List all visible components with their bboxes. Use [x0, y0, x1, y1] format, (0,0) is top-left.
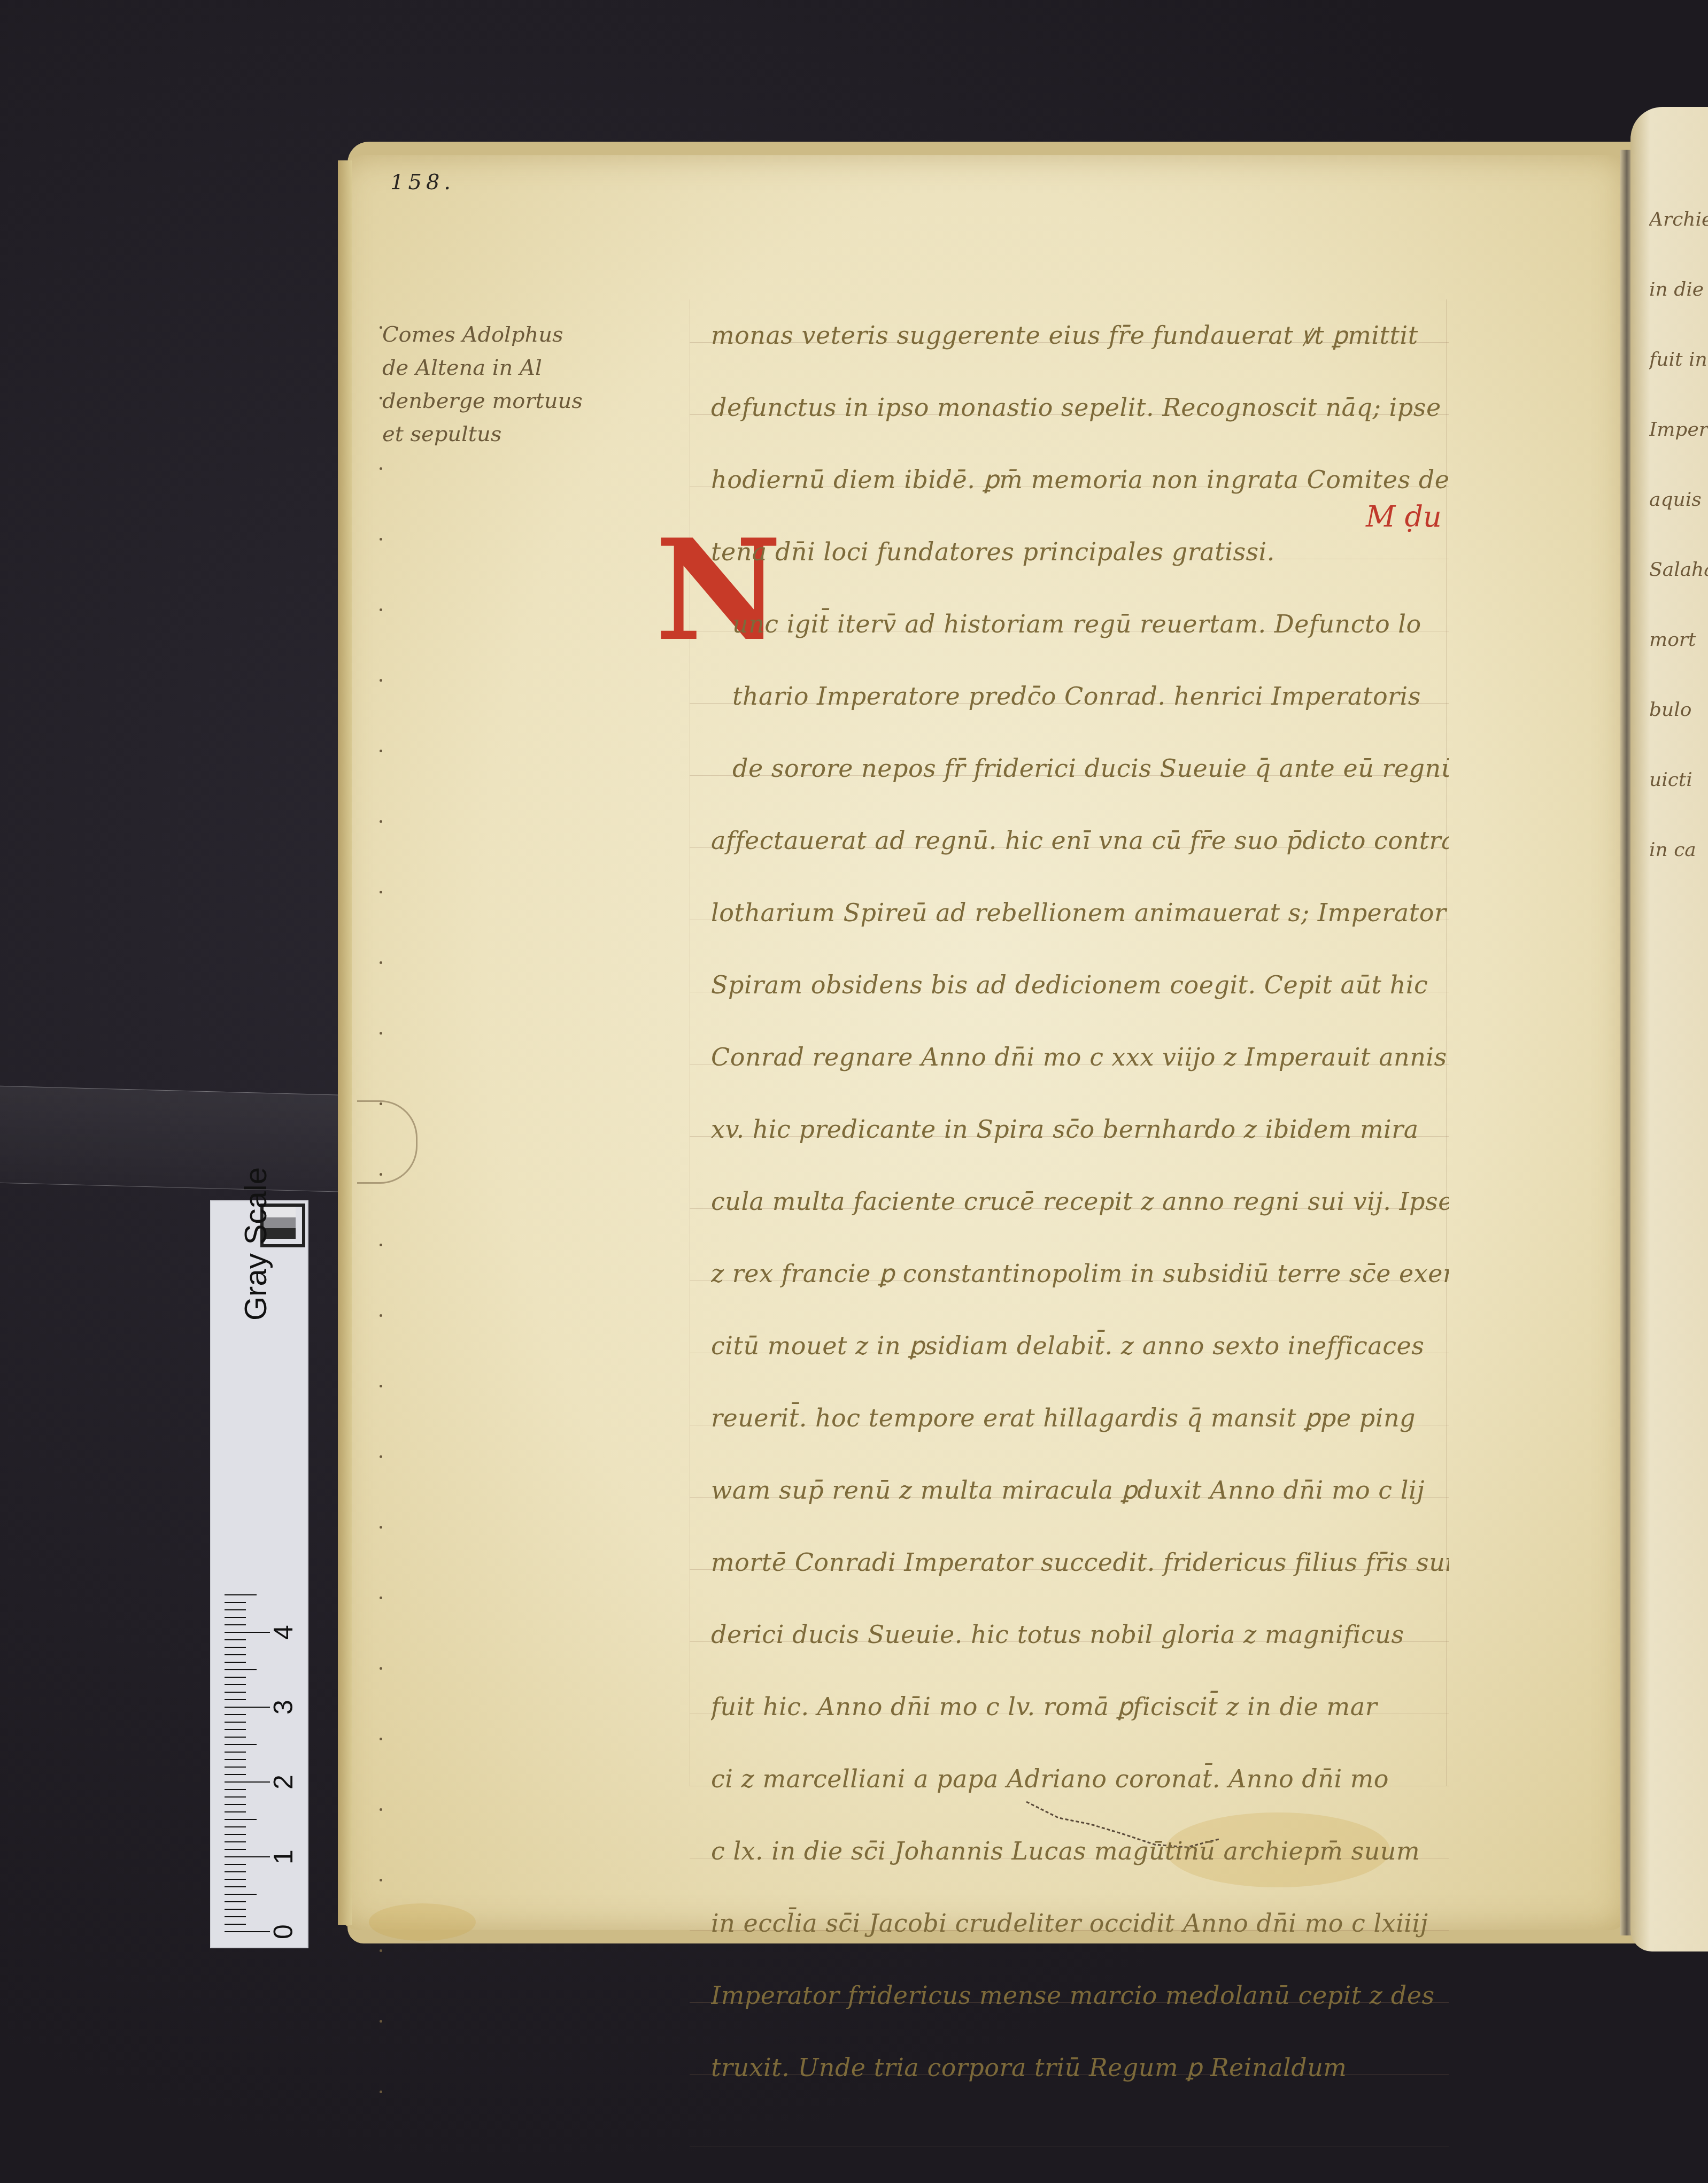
ruler-tick	[225, 1871, 246, 1872]
pricking-hole	[380, 1949, 382, 1952]
ruler-tick	[225, 1931, 270, 1932]
text-line: tena dn̄i loci fundatores principales gr…	[711, 516, 1449, 588]
pricking-hole	[380, 750, 382, 752]
ruler-tick	[225, 1714, 246, 1715]
gray-scale-title: Gray Scale	[238, 1167, 274, 1321]
ruler-tick	[225, 1602, 246, 1603]
facing-text-line: Salahad	[1649, 535, 1708, 605]
main-text-block: monas veteris suggerente eius fr̄e funda…	[711, 299, 1449, 2104]
text-line: in eccl̄ia sc̄i Jacobi crudeliter occidi…	[711, 1887, 1449, 1960]
pricking-hole	[380, 1455, 382, 1458]
ruler-tick	[225, 1796, 246, 1798]
facing-text-line: in ca	[1649, 815, 1708, 885]
text-line: Conrad regnare Anno dn̄i mo c xxx viijo …	[711, 1021, 1449, 1093]
pricking-hole	[380, 891, 382, 893]
ruler-tick	[225, 1639, 246, 1640]
ruler-tick	[225, 1707, 270, 1708]
facing-text-line: bulo	[1649, 675, 1708, 745]
pricking-hole	[380, 1596, 382, 1599]
facing-text-line: mort	[1649, 605, 1708, 675]
text-line: hodiernū diem ibidē. ꝑm̄ memoria non ing…	[711, 444, 1449, 516]
ruler-tick	[225, 1722, 246, 1723]
ruler-tick	[225, 1781, 270, 1783]
ruler-tick	[225, 1849, 246, 1850]
ruler-label: 3	[268, 1696, 299, 1718]
text-line: unc igit̄ iterv̄ ad historiam regū reuer…	[711, 588, 1449, 660]
facing-text-line: in die as	[1649, 254, 1708, 325]
ruler-tick	[225, 1856, 270, 1857]
pricking-hole	[380, 1808, 382, 1811]
ruler-tick	[225, 1841, 246, 1842]
ruler-tick	[225, 1774, 246, 1775]
pricking-hole	[380, 538, 382, 541]
ruler-tick	[225, 1729, 246, 1730]
text-line: xv. hic predicante in Spira sc̄o bernhar…	[711, 1093, 1449, 1166]
ruler-tick	[225, 1909, 246, 1910]
ruler-tick	[225, 1662, 246, 1663]
ruler-tick	[225, 1669, 257, 1670]
text-line: de sorore nepos fr̄ friderici ducis Sueu…	[711, 732, 1449, 805]
ruler-tick	[225, 1617, 246, 1618]
facing-text-line: uicti	[1649, 745, 1708, 815]
ruler-tick	[225, 1624, 246, 1625]
text-line: wam sup̄ renū z multa miracula ꝑduxit An…	[711, 1454, 1449, 1526]
margin-note-line: et sepultus	[382, 418, 714, 451]
text-line: Imperator fridericus mense marcio medola…	[711, 1960, 1449, 2032]
ruling-line	[690, 2147, 1449, 2147]
facing-page-text: Archiepiin die asfuit in aImperatoaquis …	[1649, 184, 1708, 885]
ruler-tick	[225, 1879, 246, 1880]
margin-note-line: Comes Adolphus	[382, 318, 714, 351]
pricking-hole	[380, 1032, 382, 1035]
pricking-hole	[380, 1314, 382, 1317]
text-line: reuerit̄. hoc tempore erat hillagardis q…	[711, 1382, 1449, 1454]
text-line: ci z marcelliani a papa Adriano coronat̄…	[711, 1743, 1449, 1815]
pricking-hole	[380, 820, 382, 823]
edge-stain	[369, 1903, 476, 1941]
ruler-tick	[225, 1647, 246, 1648]
ruler-tick	[225, 1819, 257, 1820]
text-line: citū mouet z in ꝑsidiam delabit̄. z anno…	[711, 1310, 1449, 1382]
ruler-label: 2	[268, 1771, 299, 1793]
pricking-hole	[380, 961, 382, 964]
text-line: defunctus in ipso monastio sepelit. Reco…	[711, 372, 1449, 444]
ruler-tick	[225, 1834, 246, 1835]
ruler-tick	[225, 1924, 246, 1925]
ruler-tick	[225, 1752, 246, 1753]
ruler-tick	[225, 1699, 246, 1700]
tape-strap	[0, 1086, 374, 1193]
ruler-label: 4	[268, 1622, 299, 1643]
pricking-hole	[380, 679, 382, 682]
text-line: affectauerat ad regnū. hic enī vna cū fr…	[711, 805, 1449, 877]
text-line: thario Imperatore predc̄o Conrad. henric…	[711, 660, 1449, 732]
margin-note-line: de Altena in Al	[382, 351, 714, 384]
facing-text-line: Imperato	[1649, 395, 1708, 465]
text-line: derici ducis Sueuie. hic totus nobil glo…	[711, 1599, 1449, 1671]
text-line: z rex francie ꝑ constantinopolim in subs…	[711, 1238, 1449, 1310]
pricking-hole	[380, 1738, 382, 1740]
text-line: mortē Conradi Imperator succedit. frider…	[711, 1526, 1449, 1599]
text-line: Spiram obsidens bis ad dedicionem coegit…	[711, 949, 1449, 1021]
pricking-hole	[380, 467, 382, 470]
pricking-hole	[380, 1244, 382, 1246]
margin-note: Comes Adolphus de Altena in Al denberge …	[382, 318, 714, 451]
margin-note-line: denberge mortuus	[382, 384, 714, 418]
ruler-tick	[225, 1632, 270, 1633]
pricking-hole	[380, 1526, 382, 1529]
pricking-hole	[380, 2091, 382, 2093]
ruler-tick	[225, 1654, 246, 1655]
ruler-tick	[225, 1677, 246, 1678]
ruler-tick	[225, 1804, 246, 1805]
ruler-tick	[225, 1901, 246, 1902]
text-line: cula multa faciente crucē recepit z anno…	[711, 1166, 1449, 1238]
facing-text-line: Archiepi	[1649, 184, 1708, 254]
pricking-hole	[380, 1102, 382, 1105]
ruler-tick	[225, 1609, 246, 1610]
text-line: fuit hic. Anno dn̄i mo c lv. romā ꝑficis…	[711, 1671, 1449, 1743]
text-line: monas veteris suggerente eius fr̄e funda…	[711, 299, 1449, 372]
ruler-tick	[225, 1886, 246, 1887]
pricking-hole	[380, 1667, 382, 1670]
ruler-tick	[225, 1684, 246, 1685]
ruler-label: 1	[268, 1846, 299, 1868]
ruler-tick	[225, 1864, 246, 1865]
pricking-hole	[380, 2020, 382, 2023]
ruler-tick	[225, 1916, 246, 1917]
facing-text-line: fuit in a	[1649, 325, 1708, 395]
text-line: truxit. Unde tria corpora triū Regum ꝑ R…	[711, 2032, 1449, 2104]
ruler-tick	[225, 1894, 257, 1895]
pricking-hole	[380, 1173, 382, 1176]
ruler-tick	[225, 1811, 246, 1812]
pricking-hole	[380, 608, 382, 611]
folio-number: 158.	[390, 170, 455, 195]
ruler-tick	[225, 1826, 246, 1827]
ruler-tick	[225, 1692, 246, 1693]
text-line: c lx. in die sc̄i Johannis Lucas magūtin…	[711, 1815, 1449, 1887]
pricking-hole	[380, 1879, 382, 1881]
ruler-tick	[225, 1767, 246, 1768]
ruler-tick	[225, 1789, 246, 1790]
ruler-label: 0	[268, 1921, 299, 1942]
ruler-tick	[225, 1594, 257, 1595]
ruler-tick	[225, 1744, 257, 1745]
pricking-hole	[380, 1385, 382, 1387]
ruler-tick	[225, 1737, 246, 1738]
facing-text-line: aquis gr	[1649, 465, 1708, 535]
page-edge	[338, 160, 352, 1925]
ruler-tick	[225, 1759, 246, 1760]
text-line: lotharium Spireū ad rebellionem animauer…	[711, 877, 1449, 949]
